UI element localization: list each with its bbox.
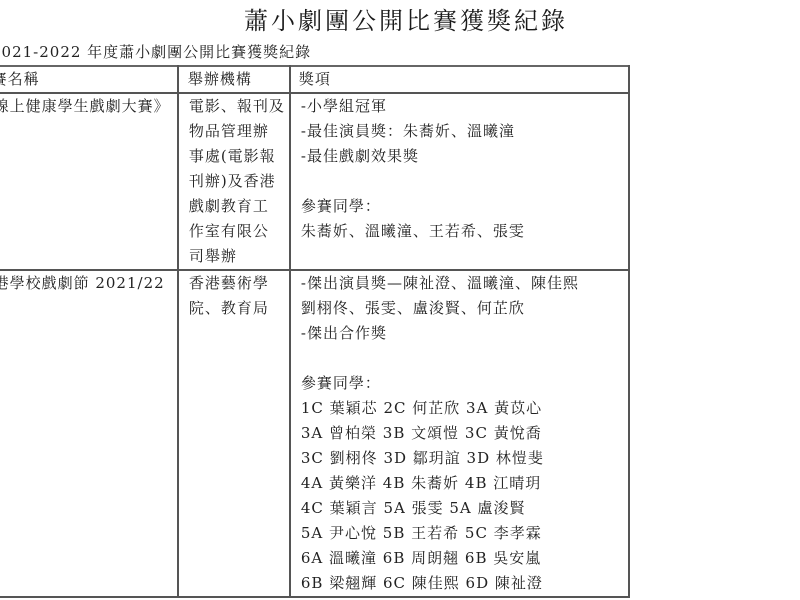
organizer-line: 物品管理辦 — [189, 119, 289, 144]
document-page: 蕭小劇團公開比賽獲獎紀錄 2021-2022 年度蕭小劇團公開比賽獲獎紀錄 年份… — [0, 0, 800, 600]
award-line: 劉栩佟、張雯、盧浚賢、何芷欣 — [301, 296, 628, 321]
cell-awards: -小學組冠軍 -最佳演員獎：朱蕎妡、溫曦潼 -最佳戲劇效果獎 參賽同學： 朱蕎妡… — [290, 93, 629, 270]
participant-line: 6A 溫曦潼 6B 周朗翹 6B 吳安嵐 — [301, 546, 628, 571]
organizer-line: 院、教育局 — [189, 296, 289, 321]
participant-line: 3A 曾柏榮 3B 文頌愷 3C 黃悅喬 — [301, 421, 628, 446]
awards-table: 年份 比賽名稱 舉辦機構 獎項 2022 年 1 月 15 日 《線上健康學生戲… — [0, 65, 630, 598]
participant-line: 3C 劉栩佟 3D 鄒玥誼 3D 林愷斐 — [301, 446, 628, 471]
competition-name: 《線上健康學生戲劇大賽》 — [0, 94, 177, 119]
award-line: -最佳戲劇效果獎 — [301, 144, 628, 169]
award-line: -最佳演員獎：朱蕎妡、溫曦潼 — [301, 119, 628, 144]
table-row: 2022 年 1 月 15 日 《線上健康學生戲劇大賽》 電影、報刊及 物品管理… — [0, 93, 629, 270]
table-header-row: 年份 比賽名稱 舉辦機構 獎項 — [0, 66, 629, 93]
document-subtitle: 2021-2022 年度蕭小劇團公開比賽獲獎紀錄 — [0, 42, 311, 62]
organizer-line: 刊辦)及香港 — [189, 169, 289, 194]
organizer-line: 司舉辦 — [189, 244, 289, 269]
award-line: -傑出合作獎 — [301, 321, 628, 346]
participants-label: 參賽同學： — [301, 371, 628, 396]
participant-line: 5A 尹心悅 5B 王若希 5C 李孝霖 — [301, 521, 628, 546]
spacer — [301, 169, 628, 194]
header-awards: 獎項 — [290, 66, 629, 93]
table-row: 2021-2022 香港學校戲劇節 2021/22 香港藝術學 院、教育局 -傑… — [0, 270, 629, 597]
award-line: -傑出演員獎—陳祉澄、溫曦潼、陳佳熙 — [301, 271, 628, 296]
participant-line: 6B 梁翹輝 6C 陳佳熙 6D 陳祉澄 — [301, 571, 628, 596]
organizer-line: 香港藝術學 — [189, 271, 289, 296]
cell-organizer: 香港藝術學 院、教育局 — [178, 270, 290, 597]
spacer — [301, 346, 628, 371]
document-title: 蕭小劇團公開比賽獲獎紀錄 — [0, 4, 800, 38]
participant-line: 朱蕎妡、溫曦潼、王若希、張雯 — [301, 219, 628, 244]
participant-line: 4C 葉穎言 5A 張雯 5A 盧浚賢 — [301, 496, 628, 521]
header-organizer: 舉辦機構 — [178, 66, 290, 93]
competition-name: 香港學校戲劇節 2021/22 — [0, 271, 177, 296]
participant-line: 4A 黃樂洋 4B 朱蕎妡 4B 江晴玥 — [301, 471, 628, 496]
organizer-line: 電影、報刊及 — [189, 94, 289, 119]
participants-label: 參賽同學： — [301, 194, 628, 219]
award-line: -小學組冠軍 — [301, 94, 628, 119]
cell-organizer: 電影、報刊及 物品管理辦 事處(電影報 刊辦)及香港 戲劇教育工 作室有限公 司… — [178, 93, 290, 270]
cell-competition: 香港學校戲劇節 2021/22 — [0, 270, 178, 597]
organizer-line: 戲劇教育工 — [189, 194, 289, 219]
participant-line: 1C 葉穎芯 2C 何芷欣 3A 黃苡心 — [301, 396, 628, 421]
header-competition: 比賽名稱 — [0, 66, 178, 93]
organizer-line: 事處(電影報 — [189, 144, 289, 169]
cell-competition: 《線上健康學生戲劇大賽》 — [0, 93, 178, 270]
cell-awards: -傑出演員獎—陳祉澄、溫曦潼、陳佳熙 劉栩佟、張雯、盧浚賢、何芷欣 -傑出合作獎… — [290, 270, 629, 597]
organizer-line: 作室有限公 — [189, 219, 289, 244]
